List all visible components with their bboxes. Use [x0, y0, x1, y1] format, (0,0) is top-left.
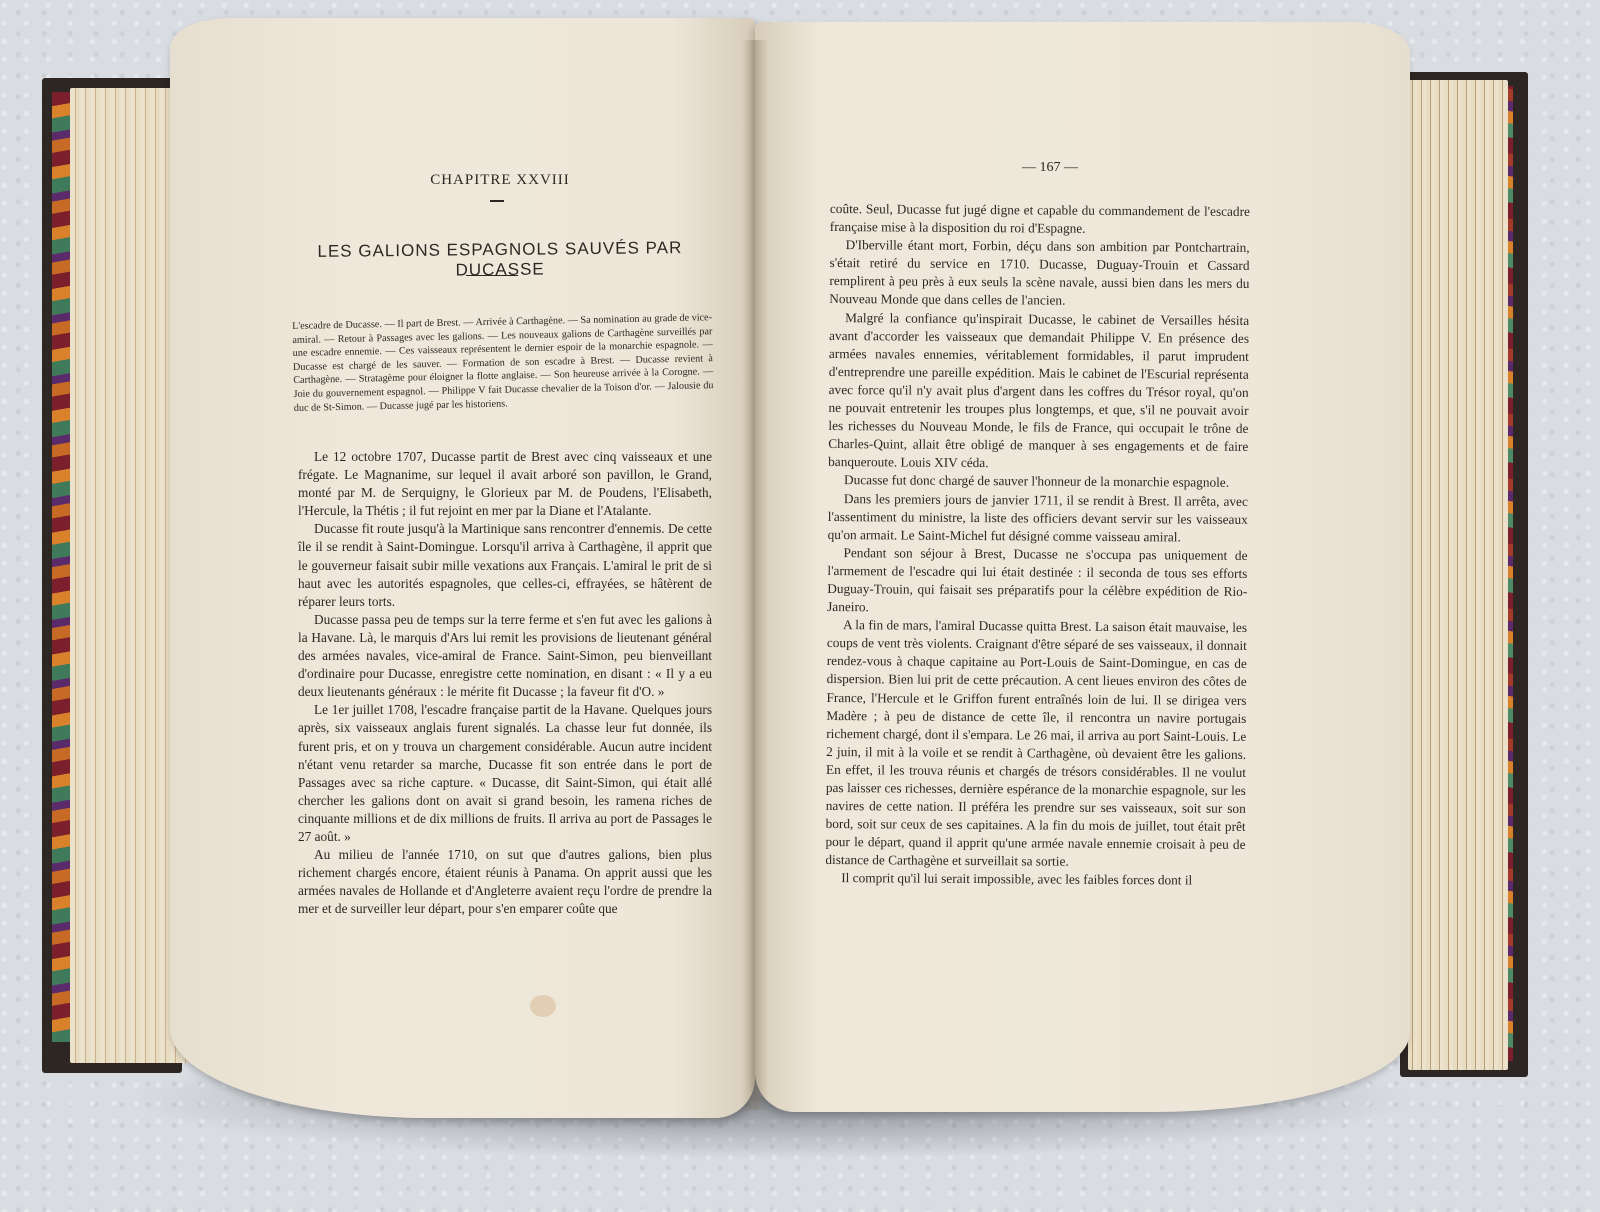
paragraph: Au milieu de l'année 1710, on sut que d'… — [298, 846, 712, 918]
paragraph: coûte. Seul, Ducasse fut jugé digne et c… — [830, 200, 1250, 239]
paragraph: Le 12 octobre 1707, Ducasse partit de Br… — [298, 448, 712, 520]
paragraph: Il comprit qu'il lui serait impossible, … — [825, 869, 1245, 890]
paragraph: Ducasse fut donc chargé de sauver l'honn… — [828, 471, 1248, 492]
chapter-summary: L'escadre de Ducasse. — Il part de Brest… — [292, 311, 714, 415]
paragraph: Malgré la confiance qu'inspirait Ducasse… — [828, 309, 1249, 475]
paragraph: Ducasse fit route jusqu'à la Martinique … — [298, 520, 712, 610]
chapter-number: CHAPITRE XXVIII — [290, 172, 710, 189]
page-stain — [530, 995, 556, 1017]
page-number: — 167 — — [1010, 160, 1090, 176]
paragraph: Pendant son séjour à Brest, Ducasse ne s… — [827, 544, 1247, 619]
left-page-body: Le 12 octobre 1707, Ducasse partit de Br… — [298, 448, 712, 918]
chapter-dash — [490, 200, 504, 202]
paragraph: Ducasse passa peu de temps sur la terre … — [298, 611, 712, 701]
book-gutter — [742, 40, 768, 1110]
paragraph: Le 1er juillet 1708, l'escadre française… — [298, 701, 712, 846]
title-rule — [466, 275, 518, 276]
left-marbled-endpaper — [52, 92, 70, 1042]
right-page-body: coûte. Seul, Ducasse fut jugé digne et c… — [825, 200, 1250, 890]
paragraph: D'Iberville étant mort, Forbin, déçu dan… — [829, 236, 1249, 311]
paragraph: A la fin de mars, l'amiral Ducasse quitt… — [825, 616, 1247, 872]
paragraph: Dans les premiers jours de janvier 1711,… — [828, 489, 1248, 546]
right-page-edges — [1408, 80, 1508, 1070]
